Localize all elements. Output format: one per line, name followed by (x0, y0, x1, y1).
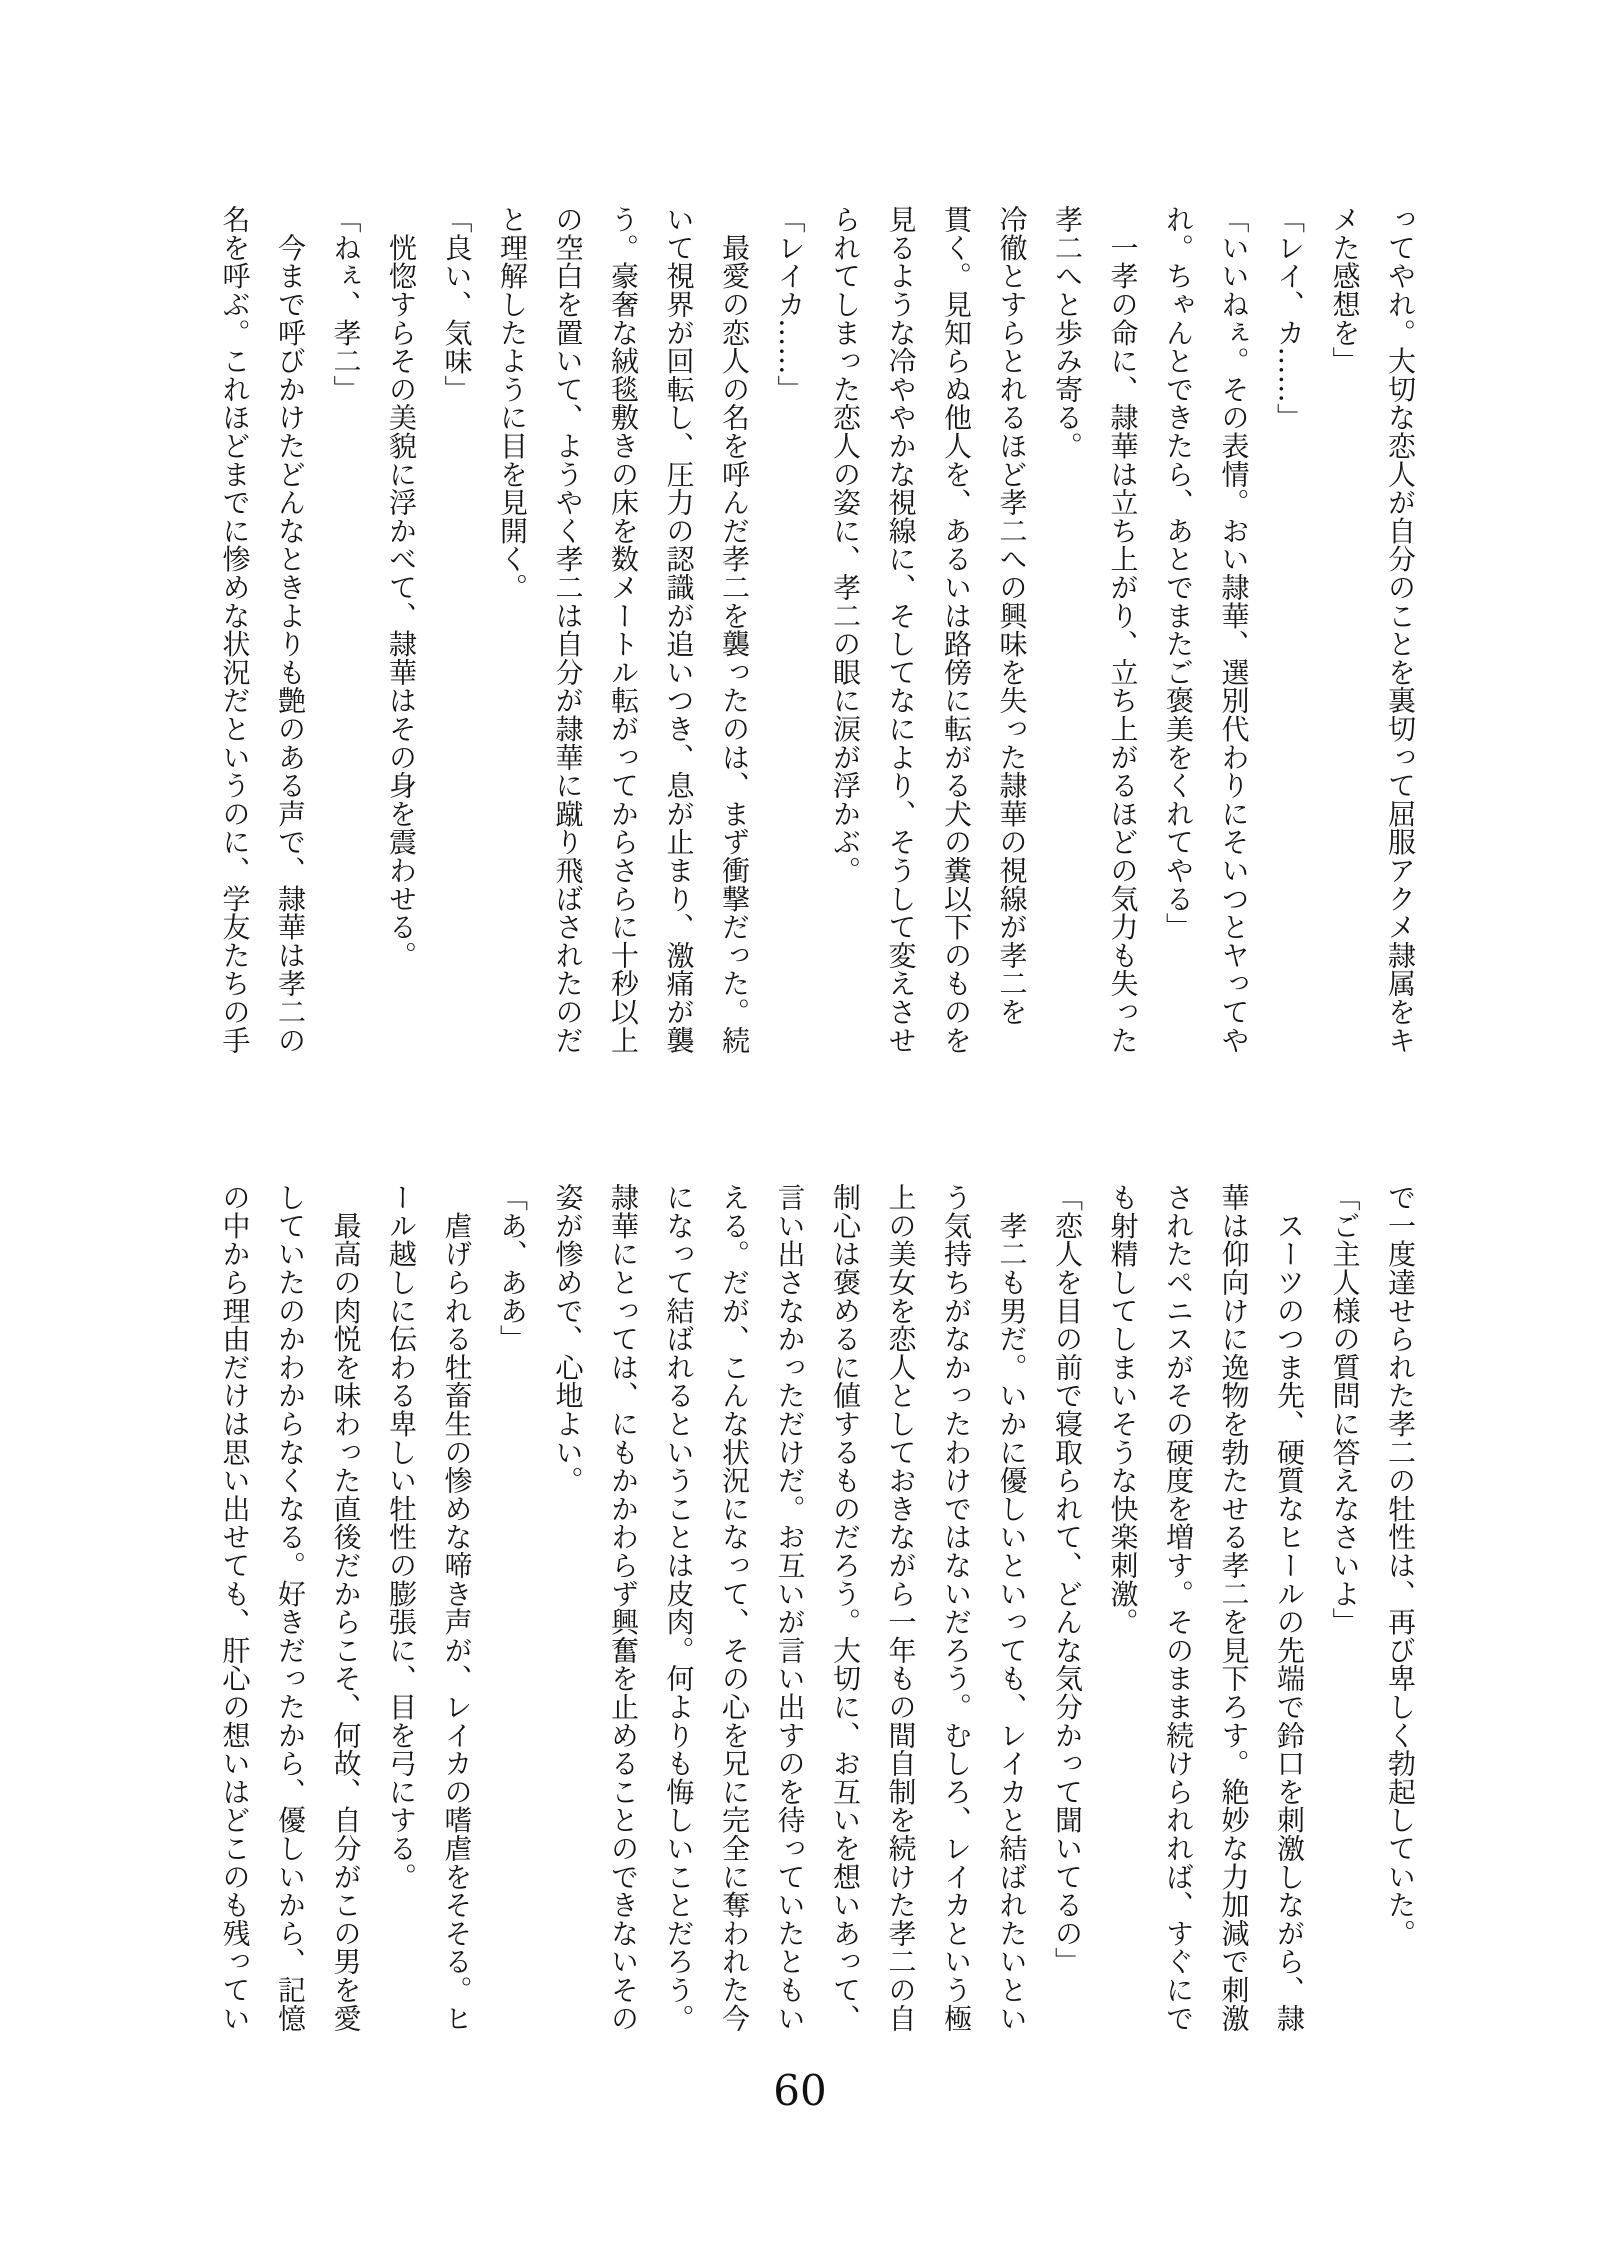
text-column: 「ご主人様の質問に答えなさいよ」 (1317, 1183, 1373, 2068)
novel-page: ってやれ。大切な恋人が自分のことを裏切って屈服アクメ隷属をキ メた感想を」 「レ… (0, 0, 1600, 2259)
text-column: られてしまった恋人の姿に、孝二の眼に涙が浮かぶ。 (818, 205, 874, 1090)
text-column: 最愛の恋人の名を呼んだ孝二を襲ったのは、まず衝撃だった。続 (707, 205, 763, 1090)
text-column: 「恋人を目の前で寝取られて、どんな気分かって聞いてるの」 (1040, 1183, 1096, 2068)
text-column: 見るような冷ややかな視線に、そしてなにより、そうして変えさせ (873, 205, 929, 1090)
text-column: 華は仰向けに逸物を勃たせる孝二を見下ろす。絶妙な力加減で刺激 (1206, 1183, 1262, 2068)
text-column: ってやれ。大切な恋人が自分のことを裏切って屈服アクメ隷属をキ (1373, 205, 1429, 1090)
text-column: 「ねぇ、孝二」 (318, 205, 374, 1090)
text-column: していたのかわからなくなる。好きだったから、優しいから、記憶 (263, 1183, 319, 2068)
text-column: 「レイカ……」 (762, 205, 818, 1090)
bottom-text-block: で一度達せられた孝二の牡性は、再び卑しく勃起していた。 「ご主人様の質問に答えな… (207, 1183, 1428, 2068)
text-column: 上の美女を恋人としておきながら一年もの間自制を続けた孝二の自 (873, 1183, 929, 2068)
text-column: れ。ちゃんとできたら、あとでまたご褒美をくれてやる」 (1151, 205, 1207, 1090)
text-column: で一度達せられた孝二の牡性は、再び卑しく勃起していた。 (1373, 1183, 1429, 2068)
text-column: の空白を置いて、ようやく孝二は自分が隷華に蹴り飛ばされたのだ (540, 205, 596, 1090)
text-column: スーツのつま先、硬質なヒールの先端で鈴口を刺激しながら、隷 (1262, 1183, 1318, 2068)
text-column: 「レイ、カ……」 (1262, 205, 1318, 1090)
text-column: 虐げられる牡畜生の惨めな啼き声が、レイカの嗜虐をそそる。ヒ (429, 1183, 485, 2068)
text-column: う気持ちがなかったわけではないだろう。むしろ、レイカという極 (929, 1183, 985, 2068)
text-column: メた感想を」 (1317, 205, 1373, 1090)
text-column: う。豪奢な絨毯敷きの床を数メートル転がってからさらに十秒以上 (596, 205, 652, 1090)
text-column: されたペニスがその硬度を増す。そのまま続けられれば、すぐにで (1151, 1183, 1207, 2068)
text-column: 最高の肉悦を味わった直後だからこそ、何故、自分がこの男を愛 (318, 1183, 374, 2068)
top-text-block: ってやれ。大切な恋人が自分のことを裏切って屈服アクメ隷属をキ メた感想を」 「レ… (207, 205, 1428, 1090)
text-column: 制心は褒めるに値するものだろう。大切に、お互いを想いあって、 (818, 1183, 874, 2068)
text-column: 言い出さなかっただけだ。お互いが言い出すのを待っていたともい (762, 1183, 818, 2068)
text-column: 「良い、気味」 (429, 205, 485, 1090)
text-column: 姿が惨めで、心地よい。 (540, 1183, 596, 2068)
text-column: 名を呼ぶ。これほどまでに惨めな状況だというのに、学友たちの手 (207, 205, 263, 1090)
text-column: 「いいねぇ。その表情。おい隷華、選別代わりにそいつとヤってや (1206, 205, 1262, 1090)
text-column: も射精してしまいそうな快楽刺激。 (1095, 1183, 1151, 2068)
page-number: 60 (0, 2068, 1600, 2114)
text-column: と理解したように目を見開く。 (485, 205, 541, 1090)
text-column: 今まで呼びかけたどんなときよりも艶のある声で、隷華は孝二の (263, 205, 319, 1090)
text-column: 一孝の命に、隷華は立ち上がり、立ち上がるほどの気力も失った (1095, 205, 1151, 1090)
text-column: 孝二へと歩み寄る。 (1040, 205, 1096, 1090)
text-column: 隷華にとっては、にもかかわらず興奮を止めることのできないその (596, 1183, 652, 2068)
text-column: 貫く。見知らぬ他人を、あるいは路傍に転がる犬の糞以下のものを (929, 205, 985, 1090)
text-column: える。だが、こんな状況になって、その心を兄に完全に奪われた今 (707, 1183, 763, 2068)
text-column: 「あ、ああ」 (485, 1183, 541, 2068)
text-column: ール越しに伝わる卑しい牡性の膨張に、目を弓にする。 (374, 1183, 430, 2068)
text-column: 恍惚すらその美貌に浮かべて、隷華はその身を震わせる。 (374, 205, 430, 1090)
text-column: 冷徹とすらとれるほど孝二への興味を失った隷華の視線が孝二を (984, 205, 1040, 1090)
text-column: 孝二も男だ。いかに優しいといっても、レイカと結ばれたいとい (984, 1183, 1040, 2068)
text-column: の中から理由だけは思い出せても、肝心の想いはどこのも残ってい (207, 1183, 263, 2068)
text-column: になって結ばれるということは皮肉。何よりも悔しいことだろう。 (651, 1183, 707, 2068)
text-column: いて視界が回転し、圧力の認識が追いつき、息が止まり、激痛が襲 (651, 205, 707, 1090)
